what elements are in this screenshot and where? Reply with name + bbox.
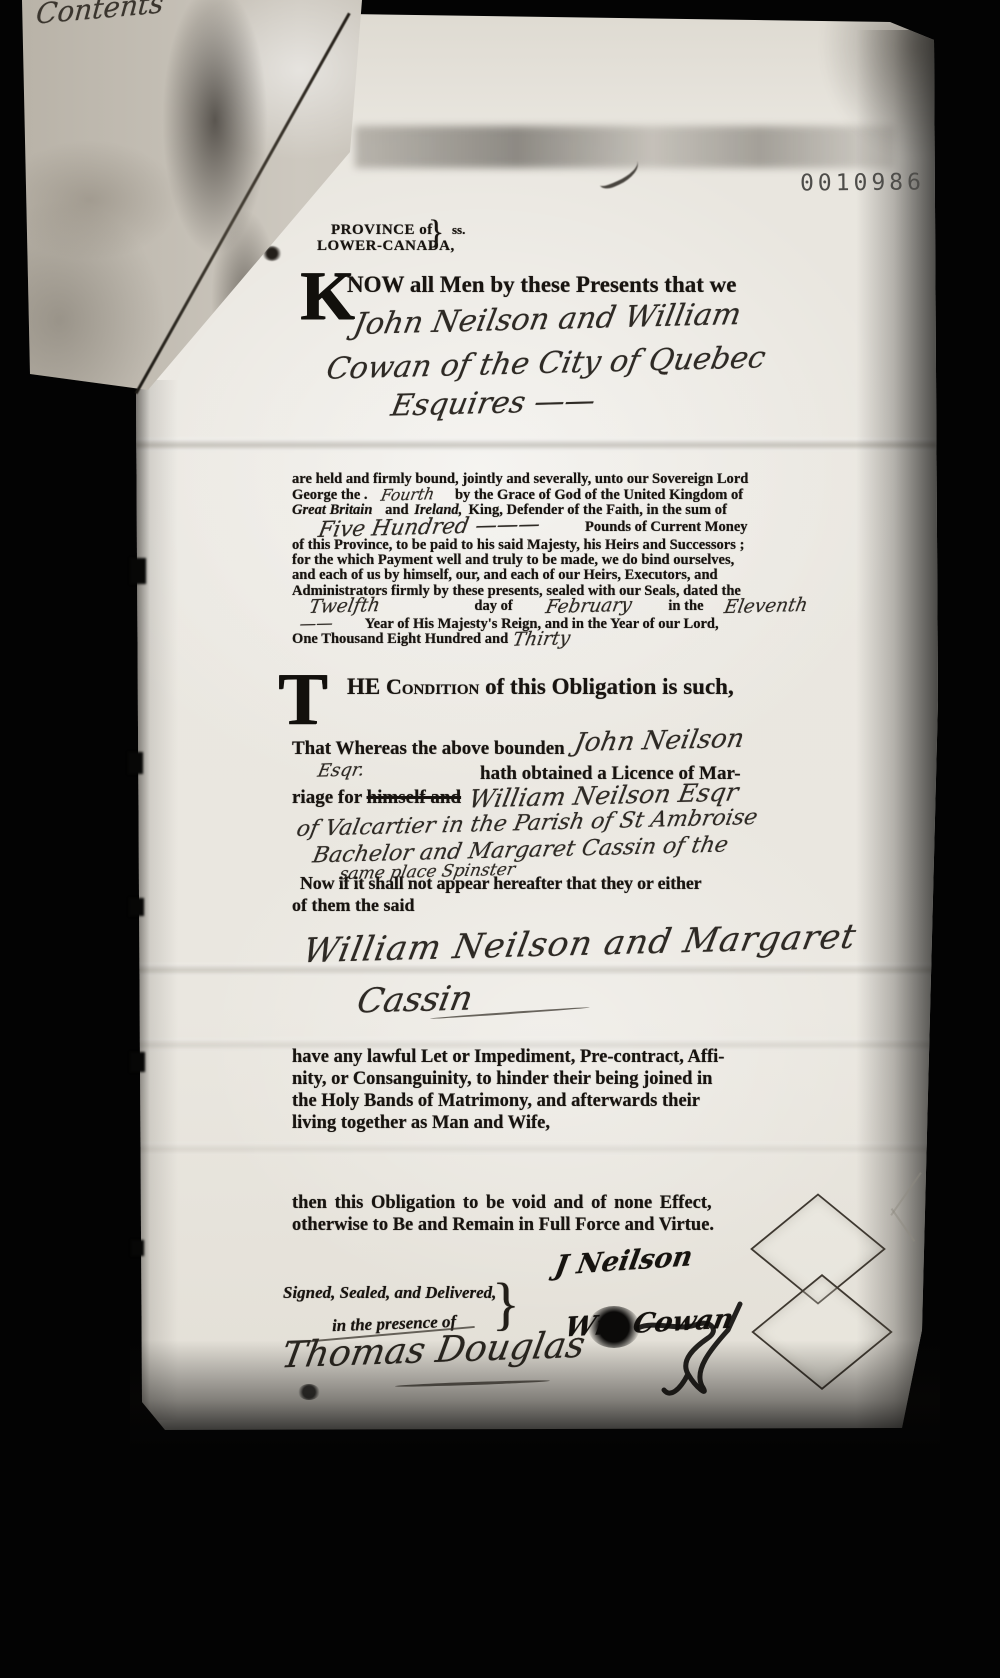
whereas-esqr-hw: Esqr. xyxy=(316,759,366,781)
condition-heading: HE Condition of this Obligation is such, xyxy=(347,674,734,700)
whereas-l3: riage for himself and xyxy=(292,787,461,809)
whereas-l1: That Whereas the above bounden xyxy=(292,738,565,760)
impediment-line: living together as Man and Wife, xyxy=(292,1112,724,1134)
ink-blot xyxy=(298,1384,320,1400)
scan-smudge xyxy=(355,126,895,168)
bond-l9b: in the xyxy=(668,598,703,615)
obligors-hw-line3: Esquires —— xyxy=(388,383,598,423)
edge-notch xyxy=(130,558,146,584)
edge-notch xyxy=(129,898,144,916)
bond-l9a: day of xyxy=(474,598,512,615)
film-number-stamp: 0010986 xyxy=(800,169,925,196)
proviso-l2: of them the said xyxy=(292,895,415,916)
whereas-bounden-hw: John Neilson xyxy=(572,724,747,758)
bond-year-hw: Thirty xyxy=(511,627,572,651)
edge-notch xyxy=(131,1240,144,1256)
bond-paragraph: are held and firmly bound, jointly and s… xyxy=(292,471,748,651)
paper-crease xyxy=(136,438,936,451)
edge-notch xyxy=(130,1052,145,1072)
ink-scrawl xyxy=(560,1290,760,1420)
corner-note: Contents xyxy=(35,0,165,31)
microfilm-scan: Contents 0010986 PROVINCE of LOWER-CANAD… xyxy=(0,0,1000,1678)
bond-regnalyear-hw: Eleventh xyxy=(722,594,809,618)
attestation-line1: Signed, Sealed, and Delivered, xyxy=(283,1283,496,1303)
condition-word: Condition xyxy=(386,674,479,699)
paper-crease xyxy=(136,1142,936,1155)
province-line1: PROVINCE of xyxy=(331,222,433,239)
void-paragraph: then this Obligation to be void and of n… xyxy=(292,1192,714,1236)
pen-scribble xyxy=(593,152,643,192)
impediment-paragraph: have any lawful Let or Impediment, Pre-c… xyxy=(292,1046,724,1134)
corner-shadow xyxy=(820,18,940,158)
impediment-line: nity, or Consanguinity, to hinder their … xyxy=(292,1068,724,1090)
whereas-struck: himself and xyxy=(367,787,462,808)
condition-rest: of this Obligation is such, xyxy=(485,674,734,699)
void-line: otherwise to Be and Remain in Full Force… xyxy=(292,1214,714,1236)
whereas-l3a: riage for xyxy=(292,787,362,808)
dropcap-t: T xyxy=(278,672,327,730)
bond-month-hw: February xyxy=(544,594,634,618)
edge-notch xyxy=(128,752,143,774)
header-ss: ss. xyxy=(452,222,465,238)
know-clause: NOW all Men by these Presents that we xyxy=(347,272,736,298)
proviso-l1: Now if it shall not appear hereafter tha… xyxy=(300,873,701,894)
condition-he: HE xyxy=(347,674,380,699)
impediment-line: have any lawful Let or Impediment, Pre-c… xyxy=(292,1046,724,1068)
bond-l4: Pounds of Current Money xyxy=(585,519,748,536)
bond-l1: are held and firmly bound, jointly and s… xyxy=(292,471,748,487)
bond-l7: and each of us by himself, our, and each… xyxy=(292,567,718,584)
void-line: then this Obligation to be void and of n… xyxy=(292,1192,714,1214)
impediment-line: the Holy Bands of Matrimony, and afterwa… xyxy=(292,1090,724,1112)
header-brace: } xyxy=(428,214,444,252)
bond-l11: One Thousand Eight Hundred and xyxy=(292,631,508,648)
